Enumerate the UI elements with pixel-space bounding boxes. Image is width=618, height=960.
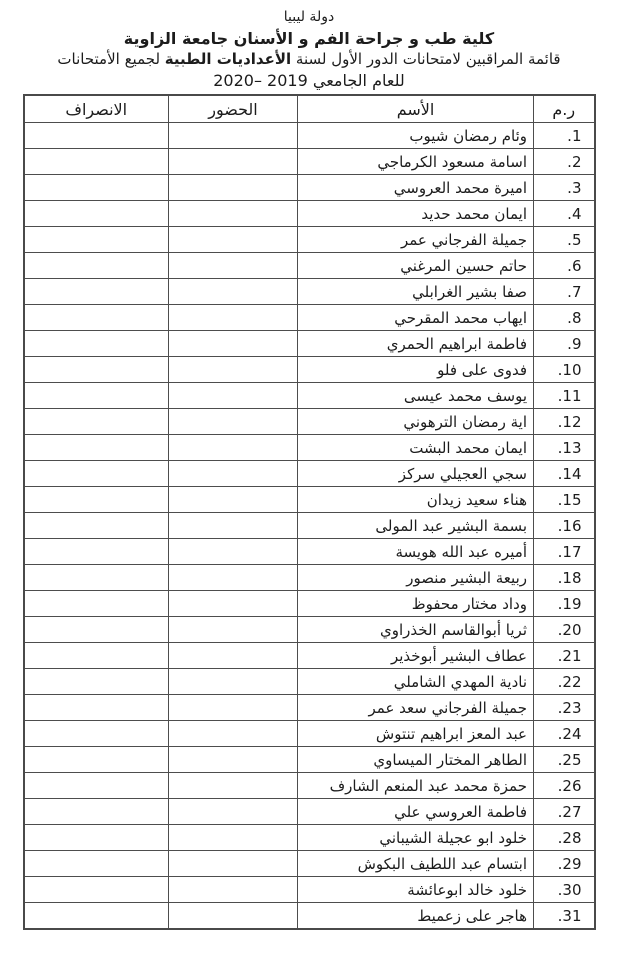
column-header-departure: الانصراف [24, 95, 169, 123]
row-number-cell: 20. [534, 617, 595, 643]
name-cell: حمزة محمد عبد المنعم الشارف [298, 773, 534, 799]
table-row: 4.ايمان محمد حديد [24, 201, 595, 227]
row-number-cell: 19. [534, 591, 595, 617]
attendance-cell [169, 227, 298, 253]
attendance-cell [169, 799, 298, 825]
attendance-cell [169, 461, 298, 487]
document-page: دولة ليبيا كلية طب و جراحة الفم و الأسنا… [0, 0, 618, 960]
departure-cell [24, 175, 169, 201]
table-row: 14.سجي العجيلي سركز [24, 461, 595, 487]
table-row: 7.صفا بشير الغرابلي [24, 279, 595, 305]
name-cell: يوسف محمد عيسى [298, 383, 534, 409]
departure-cell [24, 617, 169, 643]
roster-table-body: 1.وئام رمضان شيوب2.اسامة مسعود الكرماجي3… [24, 123, 595, 930]
table-row: 2.اسامة مسعود الكرماجي [24, 149, 595, 175]
column-header-number: ر.م [534, 95, 595, 123]
table-row: 12.اية رمضان الترهوني [24, 409, 595, 435]
departure-cell [24, 201, 169, 227]
row-number-cell: 16. [534, 513, 595, 539]
departure-cell [24, 799, 169, 825]
row-number-cell: 13. [534, 435, 595, 461]
attendance-cell [169, 175, 298, 201]
table-row: 19.وداد مختار محفوظ [24, 591, 595, 617]
attendance-cell [169, 279, 298, 305]
table-header: ر.م الأسم الحضور الانصراف [24, 95, 595, 123]
departure-cell [24, 435, 169, 461]
departure-cell [24, 591, 169, 617]
departure-cell [24, 253, 169, 279]
column-header-attendance: الحضور [169, 95, 298, 123]
attendance-cell [169, 513, 298, 539]
attendance-cell [169, 357, 298, 383]
departure-cell [24, 279, 169, 305]
departure-cell [24, 331, 169, 357]
row-number-cell: 27. [534, 799, 595, 825]
departure-cell [24, 695, 169, 721]
name-cell: ايهاب محمد المقرحي [298, 305, 534, 331]
name-cell: بسمة البشير عبد المولى [298, 513, 534, 539]
departure-cell [24, 487, 169, 513]
row-number-cell: 22. [534, 669, 595, 695]
column-header-name: الأسم [298, 95, 534, 123]
name-cell: نادية المهدي الشاملي [298, 669, 534, 695]
name-cell: ثريا أبوالقاسم الخذراوي [298, 617, 534, 643]
departure-cell [24, 409, 169, 435]
departure-cell [24, 461, 169, 487]
name-cell: صفا بشير الغرابلي [298, 279, 534, 305]
attendance-cell [169, 305, 298, 331]
table-row: 15.هناء سعيد زيدان [24, 487, 595, 513]
name-cell: هناء سعيد زيدان [298, 487, 534, 513]
name-cell: حاتم حسين المرغني [298, 253, 534, 279]
departure-cell [24, 305, 169, 331]
name-cell: خلود خالد ابوعائشة [298, 877, 534, 903]
row-number-cell: 26. [534, 773, 595, 799]
row-number-cell: 10. [534, 357, 595, 383]
name-cell: عبد المعز ابراهيم تنتوش [298, 721, 534, 747]
row-number-cell: 2. [534, 149, 595, 175]
title-line-academic-year: للعام الجامعي 2019 –2020 [0, 70, 618, 91]
row-number-cell: 8. [534, 305, 595, 331]
attendance-cell [169, 123, 298, 149]
row-number-cell: 25. [534, 747, 595, 773]
name-cell: وداد مختار محفوظ [298, 591, 534, 617]
row-number-cell: 9. [534, 331, 595, 357]
name-cell: اميرة محمد العروسي [298, 175, 534, 201]
table-row: 3.اميرة محمد العروسي [24, 175, 595, 201]
table-row: 22.نادية المهدي الشاملي [24, 669, 595, 695]
table-row: 18.ربيعة البشير منصور [24, 565, 595, 591]
departure-cell [24, 851, 169, 877]
departure-cell [24, 565, 169, 591]
attendance-cell [169, 149, 298, 175]
table-row: 25.الطاهر المختار الميساوي [24, 747, 595, 773]
attendance-cell [169, 253, 298, 279]
invigilators-table: ر.م الأسم الحضور الانصراف 1.وئام رمضان ش… [23, 94, 596, 930]
attendance-cell [169, 539, 298, 565]
name-cell: ايمان محمد حديد [298, 201, 534, 227]
attendance-cell [169, 487, 298, 513]
departure-cell [24, 669, 169, 695]
name-cell: خلود ابو عجيلة الشيباني [298, 825, 534, 851]
table-row: 26.حمزة محمد عبد المنعم الشارف [24, 773, 595, 799]
row-number-cell: 30. [534, 877, 595, 903]
row-number-cell: 23. [534, 695, 595, 721]
table-row: 1.وئام رمضان شيوب [24, 123, 595, 149]
title-line-3-bold-segment: الأعداديات الطبية [165, 50, 291, 68]
title-line-list-description: قائمة المراقبين لامتحانات الدور الأول لس… [0, 49, 618, 70]
name-cell: ابتسام عبد اللطيف البكوش [298, 851, 534, 877]
name-cell: فاطمة ابراهيم الحمري [298, 331, 534, 357]
row-number-cell: 15. [534, 487, 595, 513]
departure-cell [24, 877, 169, 903]
row-number-cell: 17. [534, 539, 595, 565]
document-header: دولة ليبيا كلية طب و جراحة الفم و الأسنا… [0, 0, 618, 91]
attendance-cell [169, 825, 298, 851]
name-cell: ايمان محمد البشت [298, 435, 534, 461]
attendance-cell [169, 773, 298, 799]
attendance-cell [169, 565, 298, 591]
attendance-cell [169, 721, 298, 747]
row-number-cell: 5. [534, 227, 595, 253]
departure-cell [24, 123, 169, 149]
table-row: 5.جميلة الفرجاني عمر [24, 227, 595, 253]
row-number-cell: 4. [534, 201, 595, 227]
row-number-cell: 28. [534, 825, 595, 851]
departure-cell [24, 149, 169, 175]
table-row: 27.فاطمة العروسي علي [24, 799, 595, 825]
attendance-cell [169, 747, 298, 773]
attendance-cell [169, 695, 298, 721]
row-number-cell: 18. [534, 565, 595, 591]
departure-cell [24, 357, 169, 383]
table-row: 24.عبد المعز ابراهيم تنتوش [24, 721, 595, 747]
row-number-cell: 7. [534, 279, 595, 305]
name-cell: اسامة مسعود الكرماجي [298, 149, 534, 175]
table-row: 8.ايهاب محمد المقرحي [24, 305, 595, 331]
table-row: 28.خلود ابو عجيلة الشيباني [24, 825, 595, 851]
departure-cell [24, 643, 169, 669]
attendance-cell [169, 201, 298, 227]
table-row: 11.يوسف محمد عيسى [24, 383, 595, 409]
row-number-cell: 3. [534, 175, 595, 201]
table-header-row: ر.م الأسم الحضور الانصراف [24, 95, 595, 123]
title-line-country: دولة ليبيا [0, 7, 618, 28]
name-cell: فدوى على فلو [298, 357, 534, 383]
departure-cell [24, 825, 169, 851]
table-row: 20.ثريا أبوالقاسم الخذراوي [24, 617, 595, 643]
row-number-cell: 6. [534, 253, 595, 279]
title-line-college: كلية طب و جراحة الفم و الأسنان جامعة الز… [0, 28, 618, 49]
departure-cell [24, 383, 169, 409]
departure-cell [24, 747, 169, 773]
attendance-cell [169, 851, 298, 877]
table-row: 23.جميلة الفرجاني سعد عمر [24, 695, 595, 721]
row-number-cell: 12. [534, 409, 595, 435]
departure-cell [24, 773, 169, 799]
name-cell: هاجر على زعميط [298, 903, 534, 930]
table-row: 30.خلود خالد ابوعائشة [24, 877, 595, 903]
row-number-cell: 29. [534, 851, 595, 877]
attendance-cell [169, 903, 298, 930]
table-row: 9.فاطمة ابراهيم الحمري [24, 331, 595, 357]
table-row: 17.أميره عبد الله هويسة [24, 539, 595, 565]
row-number-cell: 24. [534, 721, 595, 747]
table-row: 13.ايمان محمد البشت [24, 435, 595, 461]
attendance-cell [169, 435, 298, 461]
departure-cell [24, 513, 169, 539]
row-number-cell: 1. [534, 123, 595, 149]
row-number-cell: 21. [534, 643, 595, 669]
attendance-cell [169, 669, 298, 695]
table-row: 31.هاجر على زعميط [24, 903, 595, 930]
attendance-cell [169, 617, 298, 643]
name-cell: فاطمة العروسي علي [298, 799, 534, 825]
name-cell: جميلة الفرجاني سعد عمر [298, 695, 534, 721]
table-row: 16.بسمة البشير عبد المولى [24, 513, 595, 539]
attendance-cell [169, 409, 298, 435]
name-cell: الطاهر المختار الميساوي [298, 747, 534, 773]
title-line-3-suffix: لجميع الأمتحانات [57, 50, 164, 68]
attendance-cell [169, 383, 298, 409]
attendance-cell [169, 643, 298, 669]
table-row: 6.حاتم حسين المرغني [24, 253, 595, 279]
name-cell: عطاف البشير أبوخذير [298, 643, 534, 669]
row-number-cell: 31. [534, 903, 595, 930]
name-cell: اية رمضان الترهوني [298, 409, 534, 435]
name-cell: ربيعة البشير منصور [298, 565, 534, 591]
departure-cell [24, 227, 169, 253]
title-line-3-prefix: قائمة المراقبين لامتحانات الدور الأول لس… [291, 50, 560, 68]
name-cell: وئام رمضان شيوب [298, 123, 534, 149]
name-cell: جميلة الفرجاني عمر [298, 227, 534, 253]
table-row: 29.ابتسام عبد اللطيف البكوش [24, 851, 595, 877]
table-row: 10.فدوى على فلو [24, 357, 595, 383]
row-number-cell: 14. [534, 461, 595, 487]
attendance-cell [169, 331, 298, 357]
departure-cell [24, 539, 169, 565]
departure-cell [24, 903, 169, 930]
table-row: 21.عطاف البشير أبوخذير [24, 643, 595, 669]
attendance-cell [169, 591, 298, 617]
name-cell: سجي العجيلي سركز [298, 461, 534, 487]
departure-cell [24, 721, 169, 747]
attendance-cell [169, 877, 298, 903]
row-number-cell: 11. [534, 383, 595, 409]
name-cell: أميره عبد الله هويسة [298, 539, 534, 565]
